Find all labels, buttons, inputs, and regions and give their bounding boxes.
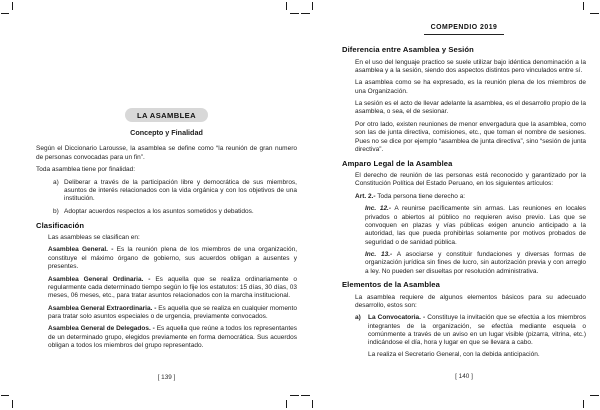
inciso-paragraph: Inc. 12.- A reunirse pacíficamente sin a… <box>365 205 586 247</box>
paragraph: La asamblea requiere de algunos elemento… <box>355 294 586 311</box>
running-header-text: COMPENDIO 2019 <box>424 24 505 35</box>
inciso-lead: Inc. 12.- <box>365 205 391 212</box>
page-number-left: [ 139 ] <box>36 374 297 381</box>
page-number-right: [ 140 ] <box>342 373 586 380</box>
page-right: COMPENDIO 2019 Diferencia entre Asamblea… <box>342 24 586 363</box>
article-paragraph: Art. 2.- Toda persona tiene derecho a: <box>355 193 586 201</box>
crop-mark <box>1 395 9 396</box>
list-item-text: Adoptar acuerdos respectos a los asuntos… <box>64 208 297 216</box>
list-item-text: La Convocatoria. - Constituye la invitac… <box>368 314 586 347</box>
crop-mark <box>290 395 299 396</box>
list-item-term: La Convocatoria. - <box>368 314 425 321</box>
title-badge: LA ASAMBLEA <box>125 108 208 122</box>
classification-item: Asamblea General. - Es la reunión plena … <box>48 246 297 271</box>
section2-heading: Amparo Legal de la Asamblea <box>342 160 586 169</box>
crop-mark <box>301 395 310 396</box>
list-marker: a) <box>355 314 368 347</box>
running-header: COMPENDIO 2019 <box>342 24 586 35</box>
list-marker: b) <box>53 208 64 216</box>
paragraph: La asamblea como se ha expresado, es la … <box>355 79 586 96</box>
section1-heading: Diferencia entre Asamblea y Sesión <box>342 46 586 55</box>
inciso-lead: Inc. 13.- <box>365 251 392 258</box>
crop-mark <box>12 400 13 408</box>
paragraph: Por otro lado, existen reuniones de meno… <box>355 121 586 154</box>
list-item: a) La Convocatoria. - Constituye la invi… <box>355 314 586 347</box>
crop-mark <box>286 2 287 10</box>
classification-lead: Las asambleas se clasifican en: <box>48 234 297 242</box>
crop-mark <box>1 13 9 14</box>
crop-mark <box>312 400 313 408</box>
inciso-text: A reunirse pacíficamente sin armas. Las … <box>365 205 586 245</box>
classification-term: Asamblea General Ordinaria. - <box>48 276 150 283</box>
crop-mark <box>12 2 13 10</box>
classification-term: Asamblea General de Delegados. - <box>48 325 155 332</box>
paragraph: El derecho de reunión de las personas es… <box>355 172 586 189</box>
section-title: Concepto y Finalidad <box>36 128 297 137</box>
note-paragraph: La realiza el Secretario General, con la… <box>368 351 586 359</box>
crop-mark <box>301 13 310 14</box>
inciso-text: A asociarse y constituir fundaciones y d… <box>365 251 586 275</box>
purpose-lead: Toda asamblea tiene por finalidad: <box>36 166 297 174</box>
classification-heading: Clasificación <box>36 222 297 231</box>
article-lead: Art. 2.- <box>355 193 376 200</box>
classification-item: Asamblea General Extraordinaria. - Es aq… <box>48 305 297 322</box>
crop-mark <box>590 395 599 396</box>
inciso-paragraph: Inc. 13.- A asociarse y constituir funda… <box>365 251 586 276</box>
crop-mark <box>590 13 599 14</box>
crop-mark <box>290 13 299 14</box>
classification-item: Asamblea General Ordinaria. - Es aquella… <box>48 276 297 301</box>
title-badge-wrap: LA ASAMBLEA <box>36 108 297 122</box>
book-spread: LA ASAMBLEA Concepto y Finalidad Según e… <box>0 0 600 410</box>
crop-mark <box>312 2 313 10</box>
classification-term: Asamblea General. - <box>48 246 113 253</box>
list-item: b) Adoptar acuerdos respectos a los asun… <box>53 208 297 216</box>
paragraph: En el uso del lenguaje practico se suele… <box>355 59 586 76</box>
page-left: LA ASAMBLEA Concepto y Finalidad Según e… <box>36 108 297 355</box>
crop-mark <box>286 400 287 408</box>
intro-paragraph: Según el Diccionario Larousse, la asambl… <box>36 145 297 162</box>
list-item-text: Deliberar a través de la participación l… <box>64 179 297 204</box>
crop-mark <box>583 400 584 408</box>
list-marker: a) <box>53 179 64 204</box>
list-item: a) Deliberar a través de la participació… <box>53 179 297 204</box>
paragraph: La sesión es el acto de llevar adelante … <box>355 100 586 117</box>
classification-item: Asamblea General de Delegados. - Es aque… <box>48 325 297 350</box>
article-text: Toda persona tiene derecho a: <box>377 193 465 200</box>
classification-term: Asamblea General Extraordinaria. - <box>48 305 156 312</box>
section3-heading: Elementos de la Asamblea <box>342 281 586 290</box>
crop-mark <box>583 2 584 10</box>
